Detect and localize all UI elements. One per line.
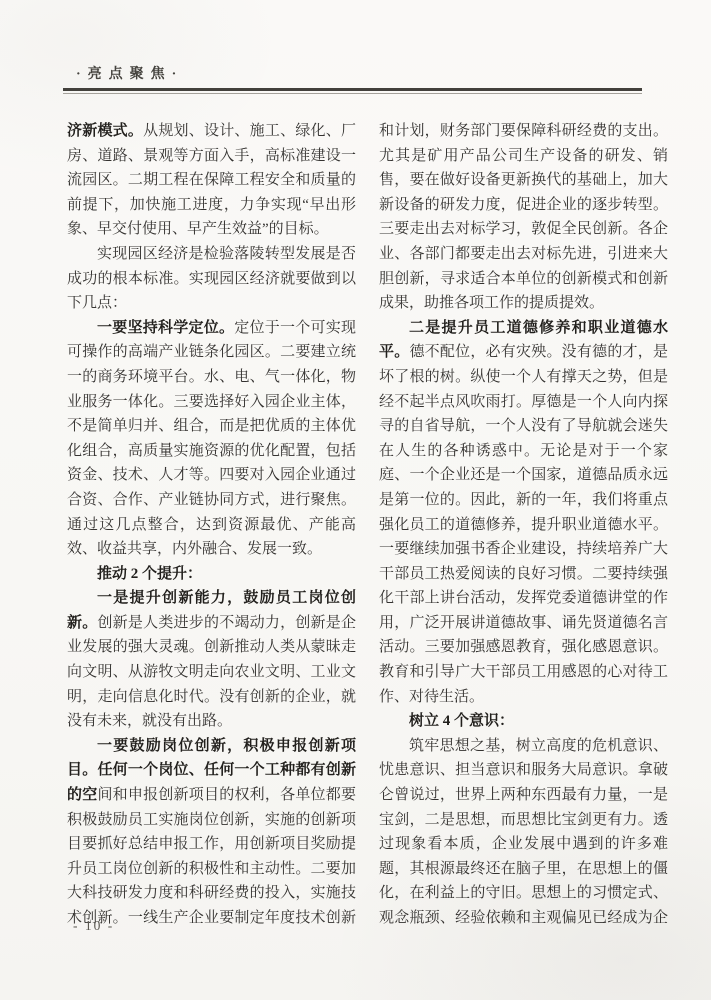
paragraph: 推动 2 个提升： xyxy=(67,562,356,587)
paragraph: 树立 4 个意识： xyxy=(379,709,668,734)
right-column: 和计划，财务部门要保障科研经费的支出。尤其是矿用产品公司生产设备的研发、销售，要… xyxy=(379,119,668,925)
text-run: 创新是人类进步的不竭动力，创新是企业发展的强大灵魂。创新推动人类从蒙昧走向文明、… xyxy=(67,615,356,729)
left-column: 济新模式。从规划、设计、施工、绿化、厂房、道路、景观等方面入手，高标准建设一流园… xyxy=(67,119,356,925)
header-rule-thin-line xyxy=(63,93,642,94)
header-rule xyxy=(63,88,642,94)
page-number: - 10 - xyxy=(73,918,114,934)
text-run: 德不配位，必有灾殃。没有德的才，是坏了根的树。纵使一个人有撑天之势，但是经不起半… xyxy=(379,344,668,704)
text-run: 和计划，财务部门要保障科研经费的支出。尤其是矿用产品公司生产设备的研发、销售，要… xyxy=(379,123,668,311)
header-rule-thick-line xyxy=(63,88,642,91)
text-run: 济新模式。 xyxy=(67,123,143,139)
text-run: 树立 4 个意识： xyxy=(409,713,514,729)
paragraph: 筑牢思想之基，树立高度的危机意识、忧患意识、担当意识和服务大局意识。拿破仑曾说过… xyxy=(379,734,668,925)
scanned-page: ·亮点聚焦· 济新模式。从规划、设计、施工、绿化、厂房、道路、景观等方面入手，高… xyxy=(0,0,711,1000)
text-run: 从规划、设计、施工、绿化、厂房、道路、景观等方面入手，高标准建设一流园区。二期工… xyxy=(67,123,356,237)
text-run: 推动 2 个提升： xyxy=(97,566,202,582)
text-run: 间和申报创新项目的权利，各单位都要积极鼓励员工实施岗位创新，实施的创新项目要抓好… xyxy=(67,787,356,925)
paragraph: 二是提升员工道德修养和职业道德水平。德不配位，必有灾殃。没有德的才，是坏了根的树… xyxy=(379,316,668,710)
text-run: 筑牢思想之基，树立高度的危机意识、忧患意识、担当意识和服务大局意识。拿破仑曾说过… xyxy=(379,738,668,925)
text-run: 定位于一个可实现可操作的高端产业链条化园区。二要建立统一的商务环境平台。水、电、… xyxy=(67,320,356,557)
paragraph: 一是提升创新能力，鼓励员工岗位创新。创新是人类进步的不竭动力，创新是企业发展的强… xyxy=(67,586,356,734)
paragraph: 和计划，财务部门要保障科研经费的支出。尤其是矿用产品公司生产设备的研发、销售，要… xyxy=(379,119,668,316)
paragraph: 一要坚持科学定位。定位于一个可实现可操作的高端产业链条化园区。二要建立统一的商务… xyxy=(67,316,356,562)
paragraph: 一要鼓励岗位创新，积极申报创新项目。任何一个岗位、任何一个工种都有创新的空间和申… xyxy=(67,734,356,925)
section-header: ·亮点聚焦· xyxy=(76,63,183,83)
paragraph: 实现园区经济是检验落陵转型发展是否成功的根本标准。实现园区经济就要做到以下几点： xyxy=(67,242,356,316)
text-run: 实现园区经济是检验落陵转型发展是否成功的根本标准。实现园区经济就要做到以下几点： xyxy=(67,246,356,311)
paragraph: 济新模式。从规划、设计、施工、绿化、厂房、道路、景观等方面入手，高标准建设一流园… xyxy=(67,119,356,242)
text-run: 一要坚持科学定位。 xyxy=(97,320,234,336)
